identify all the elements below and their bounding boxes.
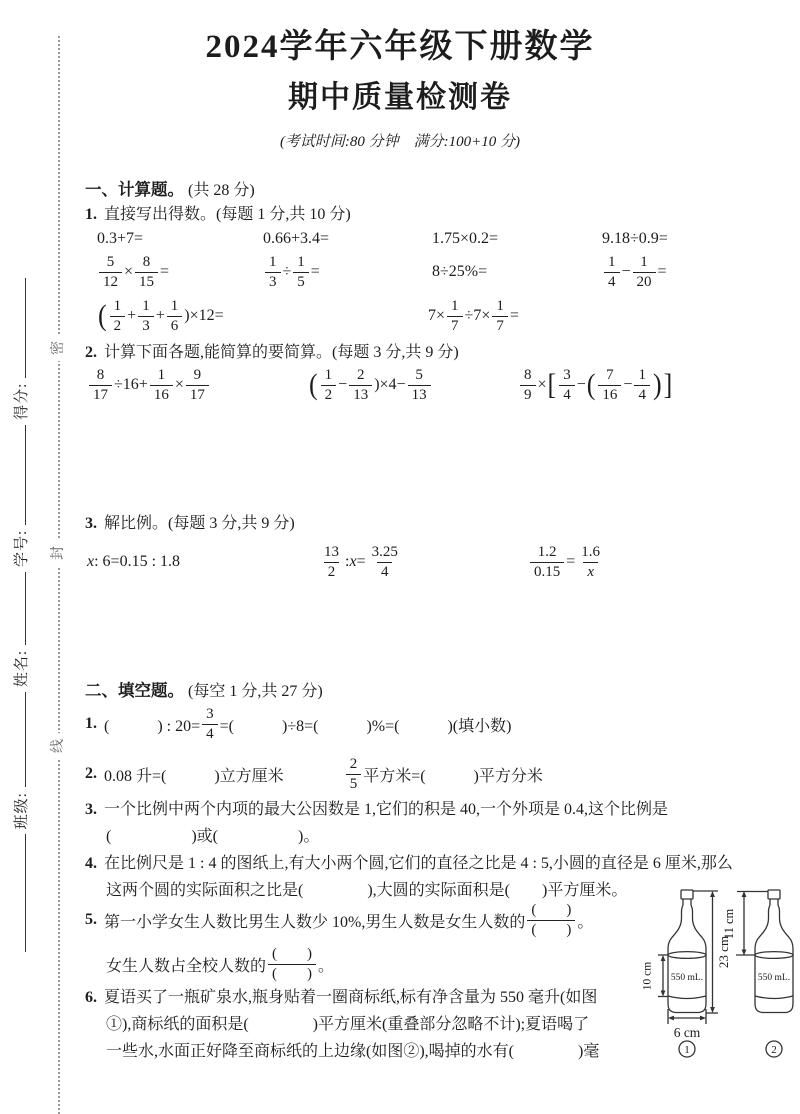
fill-q6-line2: ①),商标纸的面积是( )平方厘米(重叠部分忽略不计);夏语喝了 — [106, 1013, 589, 1037]
field-label-score: 得分: — [10, 383, 31, 420]
calc-item: ( 12 + 13 + 16 )×12= — [97, 294, 224, 338]
field-blank — [12, 692, 26, 787]
field-label-studentid: 学号: — [10, 530, 31, 567]
calc-item: 9.18÷0.9= — [602, 227, 668, 251]
proportion-item: 1.20.15 = 1.6x — [528, 540, 606, 584]
fraction: 16 — [167, 298, 183, 334]
field-blank — [12, 278, 26, 378]
dim-label-23cm: 23 cm — [716, 936, 731, 968]
section-2-note: (每空 1 分,共 27 分) — [188, 683, 323, 700]
dim-label-11cm: 11 cm — [722, 909, 736, 940]
q1-heading: 1.直接写出得数。(每题 1 分,共 10 分) — [85, 203, 351, 227]
fraction-blank: ( )( ) — [527, 902, 575, 938]
fraction: 1.6x — [577, 544, 604, 580]
proportion-item: x : 6=0.15 : 1.8 — [87, 540, 180, 584]
fraction: 132 — [320, 544, 343, 580]
calc-item: 817 ÷16+ 116 × 917 — [87, 363, 211, 407]
seal-char-xian: 线 — [49, 733, 69, 759]
section-1-note: (共 28 分) — [188, 182, 255, 199]
volume-label: 550 mL. — [671, 973, 703, 983]
q3-heading: 3.解比例。(每题 3 分,共 9 分) — [85, 512, 295, 536]
fill-q2: 2. 0.08 升=( )立方厘米 25 平方米=( )平方分米 — [85, 752, 543, 796]
calc-item: ( 12 − 213 )×4− 513 — [308, 363, 433, 407]
margin-fields: 班级: 姓名: 学号: 得分: — [10, 218, 32, 1012]
fraction: 89 — [520, 367, 536, 403]
fill-q5-line1: 5. 第一小学女生人数比男生人数少 10%,男生人数是女生人数的 ( )( ) … — [85, 899, 593, 941]
seal-char-feng: 封 — [49, 540, 69, 566]
section-2-heading: 二、填空题。 (每空 1 分,共 27 分) — [85, 677, 323, 701]
fraction: 815 — [135, 254, 158, 290]
calc-item: 512 × 815 = — [97, 250, 169, 294]
q2-heading: 2.计算下面各题,能简算的要简算。(每题 3 分,共 9 分) — [85, 341, 459, 365]
seal-char-mi: 密 — [49, 335, 69, 361]
field-blank — [12, 425, 26, 525]
fraction-blank: ( )( ) — [268, 946, 316, 982]
fill-q6-line3: 一些水,水面正好降至商标纸的上边缘(如图②),喝掉的水有( )毫 — [106, 1040, 599, 1064]
exam-page: 班级: 姓名: 学号: 得分: 密 封 线 2024学年六年级下册数学 期中质量… — [0, 0, 800, 1114]
calc-item: 0.66+3.4= — [263, 227, 329, 251]
fraction: 12 — [110, 298, 126, 334]
fraction: 120 — [633, 254, 656, 290]
fraction: 34 — [559, 367, 575, 403]
calc-item: 89 × [ 34 − ( 716 − 14 ) ] — [518, 363, 673, 407]
fill-q1: 1. ( ) : 20= 34 =( )÷8=( )%=( )(填小数) — [85, 702, 511, 746]
fraction: 817 — [89, 367, 112, 403]
fraction: 1.20.15 — [530, 544, 564, 580]
section-2-title: 二、填空题。 — [85, 682, 184, 700]
calc-item: 13 ÷ 15 = — [263, 250, 320, 294]
field-blank — [12, 834, 26, 952]
fraction: 25 — [346, 756, 362, 792]
fraction: 716 — [598, 367, 621, 403]
figure-number-1: 1 — [684, 1044, 690, 1056]
figure-number-2: 2 — [771, 1044, 777, 1056]
fraction: 13 — [265, 254, 281, 290]
fill-q3-line2: ( )或( )。 — [106, 825, 319, 849]
fraction: 17 — [492, 298, 508, 334]
fraction: 34 — [202, 706, 218, 742]
calc-item: 7× 17 ÷7× 17 = — [428, 294, 519, 338]
fraction: 14 — [604, 254, 620, 290]
fraction: 512 — [99, 254, 122, 290]
field-label-name: 姓名: — [10, 650, 31, 687]
dim-label-6cm: 6 cm — [674, 1025, 701, 1040]
volume-label: 550 mL. — [758, 973, 790, 983]
main-title-line2: 期中质量检测卷 — [0, 72, 800, 116]
calc-item: 1.75×0.2= — [432, 227, 498, 251]
calc-item: 0.3+7= — [97, 227, 143, 251]
dim-label-10cm: 10 cm — [642, 962, 654, 990]
fraction: 12 — [321, 367, 337, 403]
fraction: 17 — [447, 298, 463, 334]
section-1-title: 一、计算题。 — [85, 181, 184, 199]
calc-item: 14 − 120 = — [602, 250, 667, 294]
fill-q4-line1: 4.在比例尺是 1 : 4 的图纸上,有大小两个圆,它们的直径之比是 4 : 5… — [85, 852, 733, 876]
section-1-heading: 一、计算题。 (共 28 分) — [85, 176, 255, 200]
bottle-1: 550 mL. 10 cm 23 cm 6 cm 1 — [642, 890, 732, 1057]
fraction: 917 — [186, 367, 209, 403]
fill-q6-line1: 6.夏语买了一瓶矿泉水,瓶身贴着一圈商标纸,标有净含量为 550 毫升(如图 — [85, 986, 597, 1010]
seal-line — [58, 36, 60, 1114]
fraction: 213 — [349, 367, 372, 403]
fraction: 116 — [150, 367, 173, 403]
fill-q5-line2: 女生人数占全校人数的 ( )( ) 。 — [106, 943, 334, 985]
fraction: 513 — [408, 367, 431, 403]
field-blank — [12, 572, 26, 645]
main-title-line1: 2024学年六年级下册数学 — [0, 20, 800, 67]
proportion-item: 132 : x= 3.254 — [318, 540, 404, 584]
fraction: 14 — [634, 367, 650, 403]
field-label-class: 班级: — [10, 792, 31, 829]
bottle-2: 550 mL. 11 cm 2 — [722, 890, 793, 1057]
bottle-figure: 550 mL. 10 cm 23 cm 6 cm 1 — [633, 880, 798, 1065]
calc-item: 8÷25%= — [432, 250, 487, 294]
fraction: 3.254 — [368, 544, 402, 580]
fill-q3-line1: 3.一个比例中两个内项的最大公因数是 1,它们的积是 40,一个外项是 0.4,… — [85, 798, 668, 822]
fraction: 13 — [138, 298, 154, 334]
fraction: 15 — [293, 254, 309, 290]
exam-info: (考试时间:80 分钟 满分:100+10 分) — [0, 130, 800, 151]
